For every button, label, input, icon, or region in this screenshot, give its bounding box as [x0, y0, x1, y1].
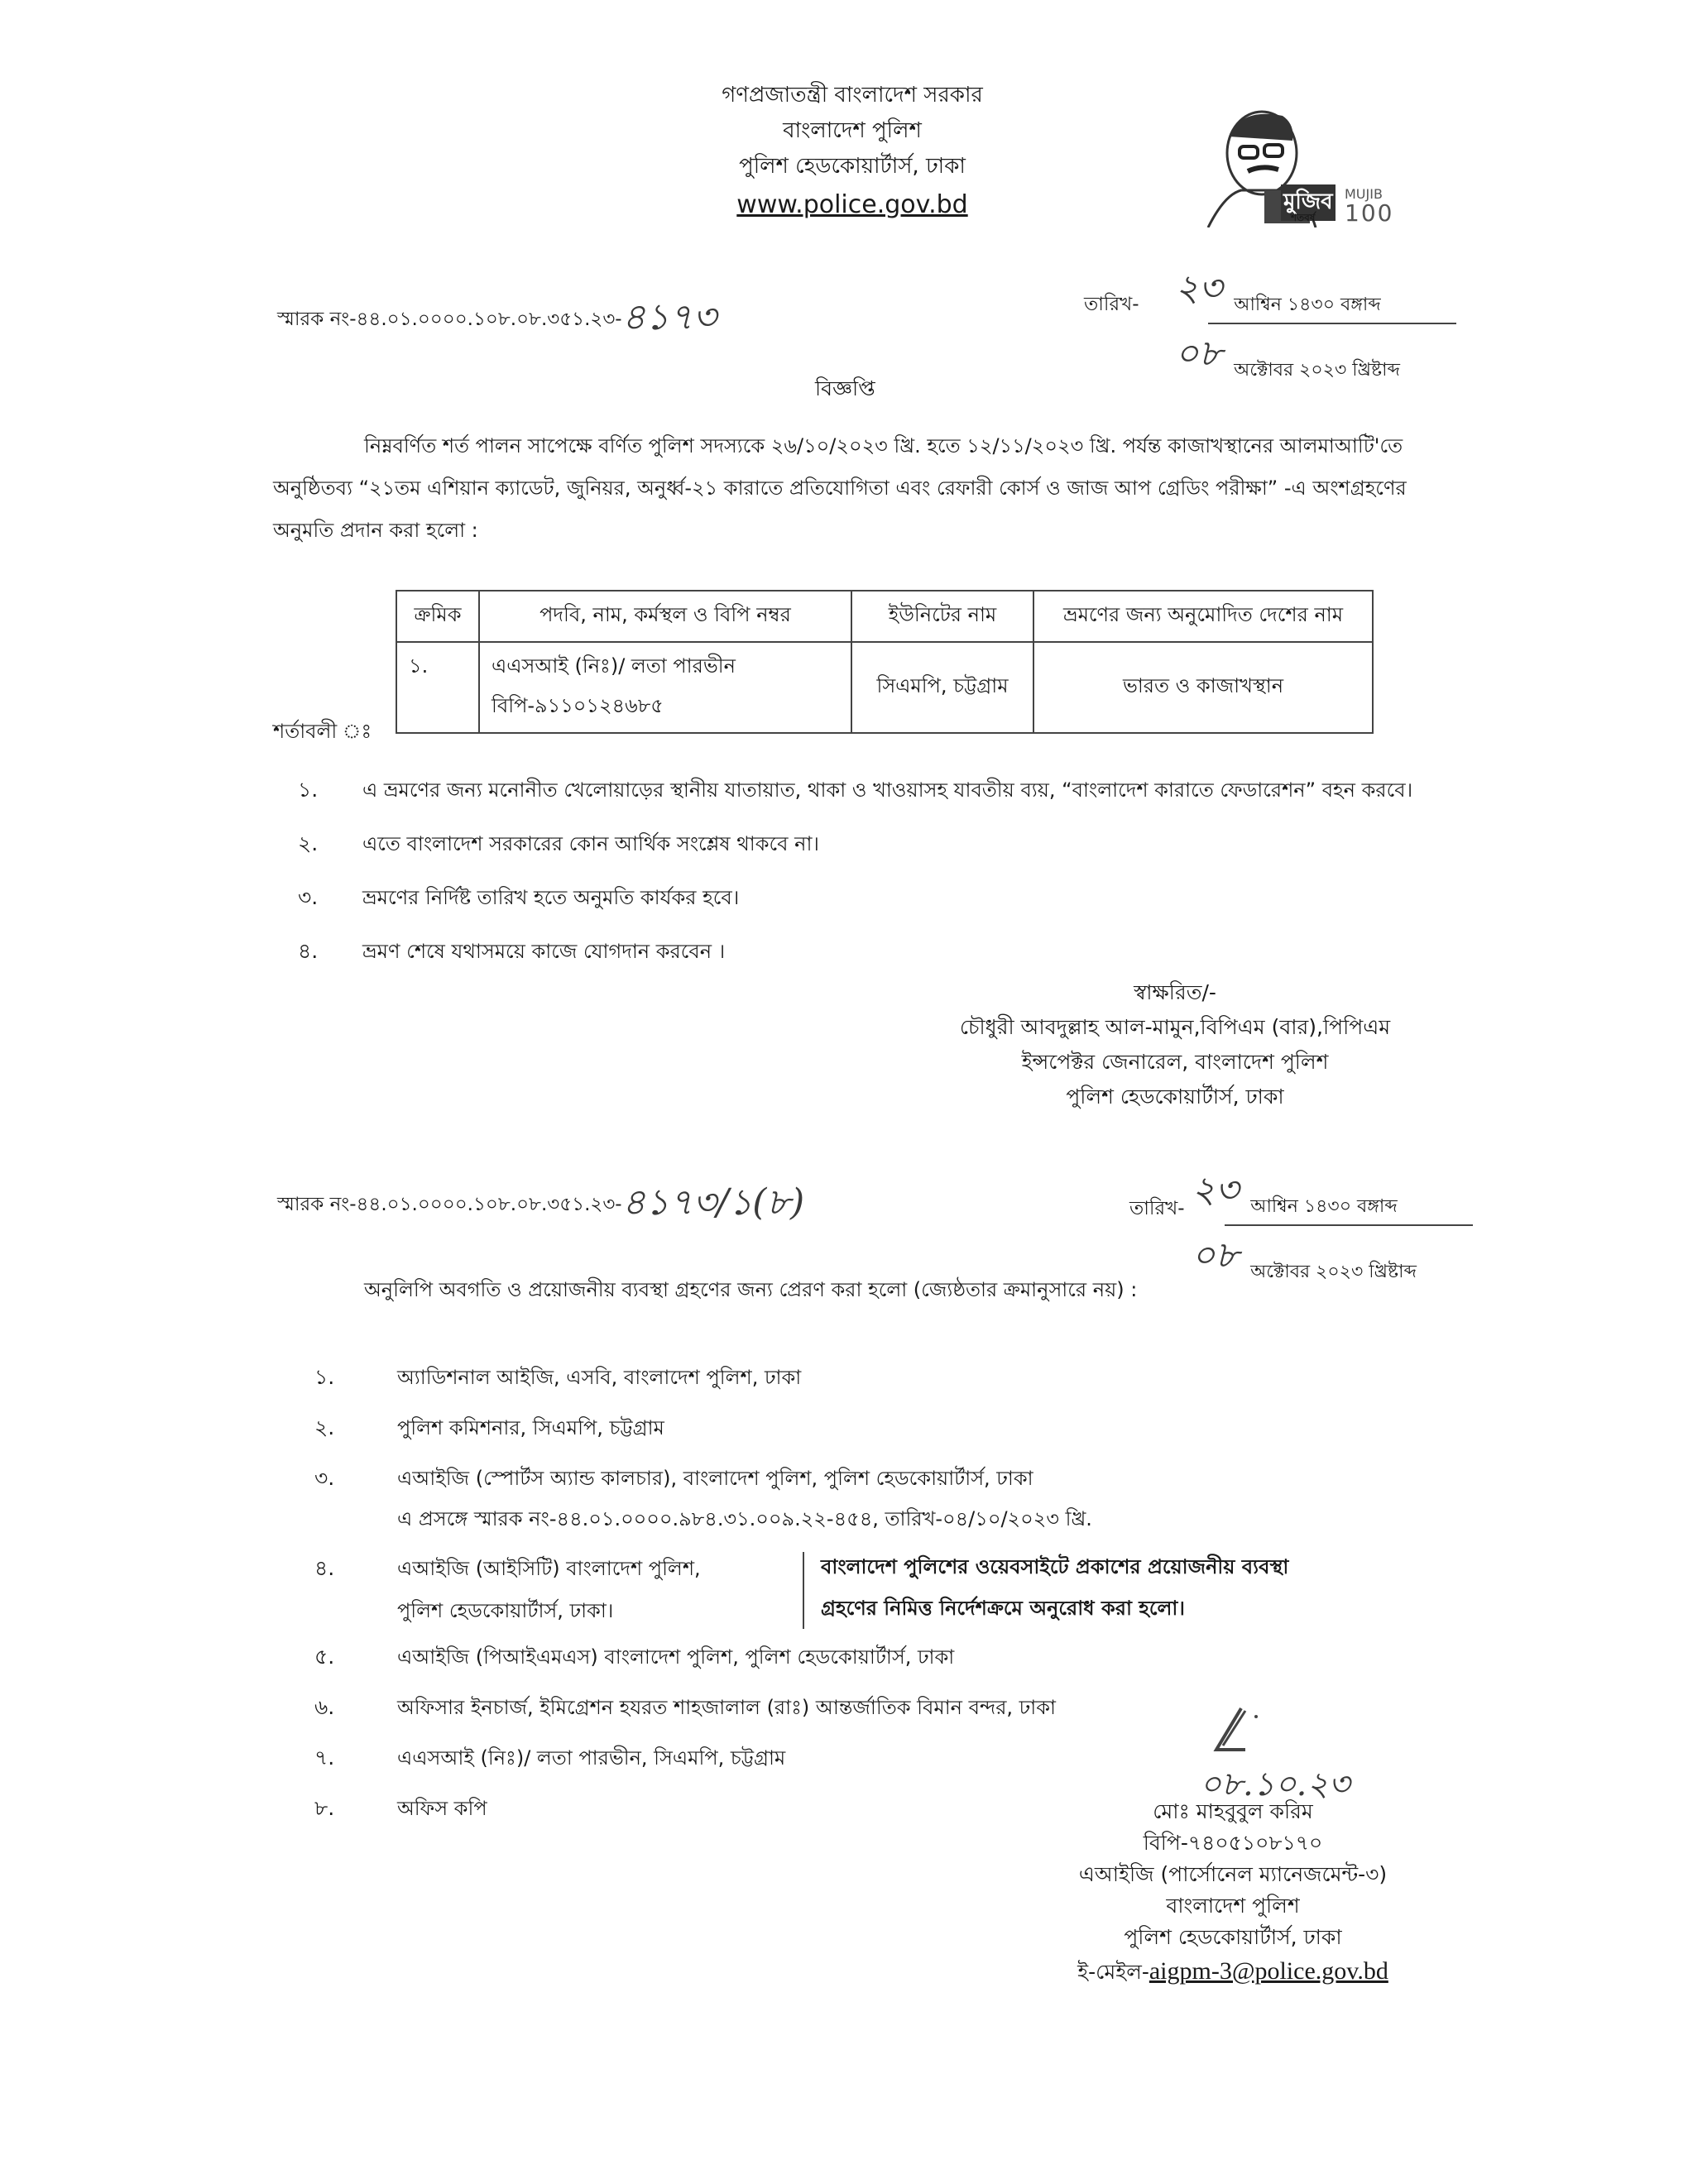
condition-item: ২. এতে বাংলাদেশ সরকারের কোন আর্থিক সংশ্ল…	[298, 827, 1412, 863]
copy-item: ৬. অফিসার ইনচার্জ, ইমিগ্রেশন হযরত শাহজাল…	[314, 1691, 1473, 1727]
copy-num: ৪.	[314, 1552, 397, 1588]
copy-text: অফিস কপি	[397, 1794, 487, 1827]
notice-title: বিজ্ঞপ্তি	[815, 376, 875, 401]
officer-email-row: ই-মেইল-aigpm-3@police.gov.bd	[1018, 1956, 1448, 1986]
website-link[interactable]: www.police.gov.bd	[645, 190, 1059, 220]
copy-text: এআইজি (স্পোর্টস অ্যান্ড কালচার), বাংলাদে…	[397, 1463, 1033, 1497]
copy-num: ৩.	[314, 1462, 397, 1497]
copy-item-main: ৪. এআইজি (আইসিটি) বাংলাদেশ পুলিশ,	[314, 1552, 803, 1588]
condition-num: ৪.	[298, 935, 362, 970]
copy-reference: এ প্রসঙ্গে স্মারক নং-৪৪.০১.০০০০.৯৮৪.৩১.০…	[397, 1504, 1092, 1537]
condition-item: ৩. ভ্রমণের নির্দিষ্ট তারিখ হতে অনুমতি কা…	[298, 881, 1412, 917]
copy-text-sub: পুলিশ হেডকোয়ার্টার্স, ঢাকা।	[314, 1596, 803, 1629]
copy-text: এএসআই (নিঃ)/ লতা পারভীন, সিএমপি, চট্টগ্র…	[397, 1743, 785, 1776]
memo-number-2: স্মারক নং-৪৪.০১.০০০০.১০৮.০৮.৩৫১.২৩- ৪১৭৩…	[277, 1175, 804, 1235]
copy-item: ৫. এআইজি (পিআইএমএস) বাংলাদেশ পুলিশ, পুলি…	[314, 1640, 1473, 1676]
signatory-name: চৌধুরী আবদুল্লাহ আল-মামুন,বিপিএম (বার),প…	[918, 1015, 1431, 1040]
col-name: পদবি, নাম, কর্মস্থল ও বিপি নম্বর	[479, 591, 851, 642]
copy-num: ৮.	[314, 1792, 397, 1827]
intro-line-1: নিম্নবর্ণিত শর্ত পালন সাপেক্ষে বর্ণিত পু…	[273, 434, 1465, 458]
govt-name: গণপ্রজাতন্ত্রী বাংলাদেশ সরকার	[645, 83, 1059, 108]
col-unit: ইউনিটের নাম	[851, 591, 1033, 642]
condition-text: ভ্রমণ শেষে যথাসময়ে কাজে যোগদান করবেন ।	[362, 936, 725, 970]
copy-num: ১.	[314, 1361, 397, 1396]
logo-bangla-sub: শতবর্ষ	[1291, 211, 1315, 227]
date-block-1: ২৩ আশ্বিন ১৪৩০ বঙ্গাব্দ ০৮ অক্টোবর ২০২৩ …	[1175, 261, 1456, 386]
date-label-1: তারিখ-	[1084, 294, 1139, 317]
memo-label: স্মারক নং-৪৪.০১.০০০০.১০৮.০৮.৩৫১.২৩-	[277, 1194, 622, 1217]
condition-num: ২.	[298, 827, 362, 863]
date-bangla-day: ২৩	[1175, 261, 1222, 321]
cell-name-line1: এএসআই (নিঃ)/ লতা পারভীন	[492, 651, 839, 684]
condition-text: এতে বাংলাদেশ সরকারের কোন আর্থিক সংশ্লেষ …	[362, 829, 819, 862]
memo-label: স্মারক নং-৪৪.০১.০০০০.১০৮.০৮.৩৫১.২৩-	[277, 309, 622, 332]
conditions-title: শর্তাবলী ঃ	[273, 720, 372, 744]
date-greg-day: ০৮	[1175, 326, 1222, 386]
logo-number: 100	[1345, 199, 1393, 227]
copy-item: ৪. এআইজি (আইসিটি) বাংলাদেশ পুলিশ, পুলিশ …	[314, 1552, 1473, 1629]
condition-text: ভ্রমণের নির্দিষ্ট তারিখ হতে অনুমতি কার্য…	[362, 883, 739, 916]
signature-block-1: স্বাক্ষরিত/- চৌধুরী আবদুল্লাহ আল-মামুন,ব…	[918, 980, 1431, 1119]
copy-item-reference: এ প্রসঙ্গে স্মারক নং-৪৪.০১.০০০০.৯৮৪.৩১.০…	[314, 1504, 1473, 1537]
copy-num: ২.	[314, 1411, 397, 1447]
intro-line-3: অনুমতি প্রদান করা হলো :	[273, 519, 1465, 543]
cell-countries: ভারত ও কাজাখস্থান	[1033, 642, 1373, 733]
cell-unit: সিএমপি, চট্টগ্রাম	[851, 642, 1033, 733]
note-line-1: বাংলাদেশ পুলিশের ওয়েবসাইটে প্রকাশের প্র…	[821, 1552, 1288, 1585]
copy-intro: অনুলিপি অবগতি ও প্রয়োজনীয় ব্যবস্থা গ্র…	[364, 1278, 1137, 1302]
condition-num: ৩.	[298, 881, 362, 917]
copy-text: এআইজি (পিআইএমএস) বাংলাদেশ পুলিশ, পুলিশ হ…	[397, 1642, 954, 1675]
website-note: বাংলাদেশ পুলিশের ওয়েবসাইটে প্রকাশের প্র…	[803, 1552, 1288, 1629]
date-bangla-month: আশ্বিন ১৪৩০ বঙ্গাব্দ	[1234, 290, 1380, 321]
intro-line-2: অনুষ্ঠিতব্য “২১তম এশিয়ান ক্যাডেট, জুনিয…	[273, 477, 1465, 500]
conditions-list: ১. এ ভ্রমণের জন্য মনোনীত খেলোয়াড়ের স্থ…	[298, 773, 1412, 985]
cell-bp-number: বিপি-৯১১০১২৪৬৮৫	[492, 691, 839, 724]
email-label: ই-মেইল-	[1077, 1960, 1149, 1984]
memo-handwritten-number: ৪১৭৩	[622, 290, 717, 350]
copy-text: অফিসার ইনচার্জ, ইমিগ্রেশন হযরত শাহজালাল …	[397, 1693, 1056, 1726]
cell-name: এএসআই (নিঃ)/ লতা পারভীন বিপি-৯১১০১২৪৬৮৫	[479, 642, 851, 733]
date-greg-month: অক্টোবর ২০২৩ খ্রিষ্টাব্দ	[1234, 356, 1400, 386]
copy-num: ৫.	[314, 1640, 397, 1676]
letterhead: গণপ্রজাতন্ত্রী বাংলাদেশ সরকার বাংলাদেশ প…	[645, 83, 1059, 230]
date-label-2: তারিখ-	[1129, 1198, 1185, 1221]
date-bangla-day: ২৩	[1192, 1162, 1239, 1223]
mujib-100-logo: মুজিব শতবর্ষ MUJIB 100	[1192, 103, 1407, 227]
date-divider	[1208, 323, 1456, 324]
copy-item: ৩. এআইজি (স্পোর্টস অ্যান্ড কালচার), বাংল…	[314, 1462, 1473, 1497]
date-greg-day: ০৮	[1192, 1228, 1239, 1288]
date-label: তারিখ-	[1084, 294, 1139, 315]
officer-org: বাংলাদেশ পুলিশ	[1018, 1894, 1448, 1918]
copy-item: ২. পুলিশ কমিশনার, সিএমপি, চট্টগ্রাম	[314, 1411, 1473, 1447]
date-greg-month: অক্টোবর ২০২৩ খ্রিষ্টাব্দ	[1250, 1257, 1417, 1288]
table-row: ১. এএসআই (নিঃ)/ লতা পারভীন বিপি-৯১১০১২৪৬…	[396, 642, 1373, 733]
date-label: তারিখ-	[1129, 1198, 1185, 1219]
intro-paragraph: নিম্নবর্ণিত শর্ত পালন সাপেক্ষে বর্ণিত পু…	[273, 434, 1465, 542]
permission-table: ক্রমিক পদবি, নাম, কর্মস্থল ও বিপি নম্বর …	[396, 590, 1374, 734]
col-serial: ক্রমিক	[396, 591, 479, 642]
officer-designation: এআইজি (পার্সোনেল ম্যানেজমেন্ট-৩)	[1018, 1862, 1448, 1887]
date-block-2: ২৩ আশ্বিন ১৪৩০ বঙ্গাব্দ ০৮ অক্টোবর ২০২৩ …	[1192, 1162, 1473, 1288]
condition-item: ১. এ ভ্রমণের জন্য মনোনীত খেলোয়াড়ের স্থ…	[298, 773, 1412, 809]
officer-bp: বিপি-৭৪০৫১০৮১৭০	[1018, 1831, 1448, 1856]
col-countries: ভ্রমণের জন্য অনুমোদিত দেশের নাম	[1033, 591, 1373, 642]
office-name: পুলিশ হেডকোয়ার্টার্স, ঢাকা	[645, 154, 1059, 180]
cell-serial: ১.	[396, 642, 479, 733]
copy-text: অ্যাডিশনাল আইজি, এসবি, বাংলাদেশ পুলিশ, ঢ…	[397, 1363, 801, 1396]
table-header-row: ক্রমিক পদবি, নাম, কর্মস্থল ও বিপি নম্বর …	[396, 591, 1373, 642]
signatory-office: পুলিশ হেডকোয়ার্টার্স, ঢাকা	[918, 1085, 1431, 1109]
handwritten-signature	[1208, 1704, 1274, 1765]
condition-item: ৪. ভ্রমণ শেষে যথাসময়ে কাজে যোগদান করবেন…	[298, 935, 1412, 970]
memo-handwritten-number: ৪১৭৩/১(৮)	[622, 1175, 805, 1235]
email-link[interactable]: aigpm-3@police.gov.bd	[1149, 1957, 1388, 1985]
copy-num: ৭.	[314, 1741, 397, 1777]
copy-text: এআইজি (আইসিটি) বাংলাদেশ পুলিশ,	[397, 1554, 701, 1587]
signature-block-2: মোঃ মাহবুবুল করিম বিপি-৭৪০৫১০৮১৭০ এআইজি …	[1018, 1799, 1448, 1996]
officer-office: পুলিশ হেডকোয়ার্টার্স, ঢাকা	[1018, 1925, 1448, 1950]
copy-num: ৬.	[314, 1691, 397, 1727]
signature-scribble-icon	[1208, 1704, 1274, 1762]
copy-text: পুলিশ কমিশনার, সিএমপি, চট্টগ্রাম	[397, 1413, 664, 1446]
signed-label: স্বাক্ষরিত/-	[918, 980, 1431, 1005]
condition-text: এ ভ্রমণের জন্য মনোনীত খেলোয়াড়ের স্থানী…	[362, 775, 1412, 808]
org-name: বাংলাদেশ পুলিশ	[645, 118, 1059, 144]
note-line-2: গ্রহণের নিমিত্ত নির্দেশক্রমে অনুরোধ করা …	[821, 1593, 1288, 1626]
date-divider	[1225, 1224, 1473, 1226]
officer-name: মোঃ মাহবুবুল করিম	[1018, 1799, 1448, 1824]
date-bangla-month: আশ্বিন ১৪৩০ বঙ্গাব্দ	[1250, 1192, 1397, 1223]
condition-num: ১.	[298, 773, 362, 809]
copy-item: ১. অ্যাডিশনাল আইজি, এসবি, বাংলাদেশ পুলিশ…	[314, 1361, 1473, 1396]
signatory-designation: ইন্সপেক্টর জেনারেল, বাংলাদেশ পুলিশ	[918, 1050, 1431, 1075]
memo-number-1: স্মারক নং-৪৪.০১.০০০০.১০৮.০৮.৩৫১.২৩- ৪১৭৩	[277, 290, 717, 350]
